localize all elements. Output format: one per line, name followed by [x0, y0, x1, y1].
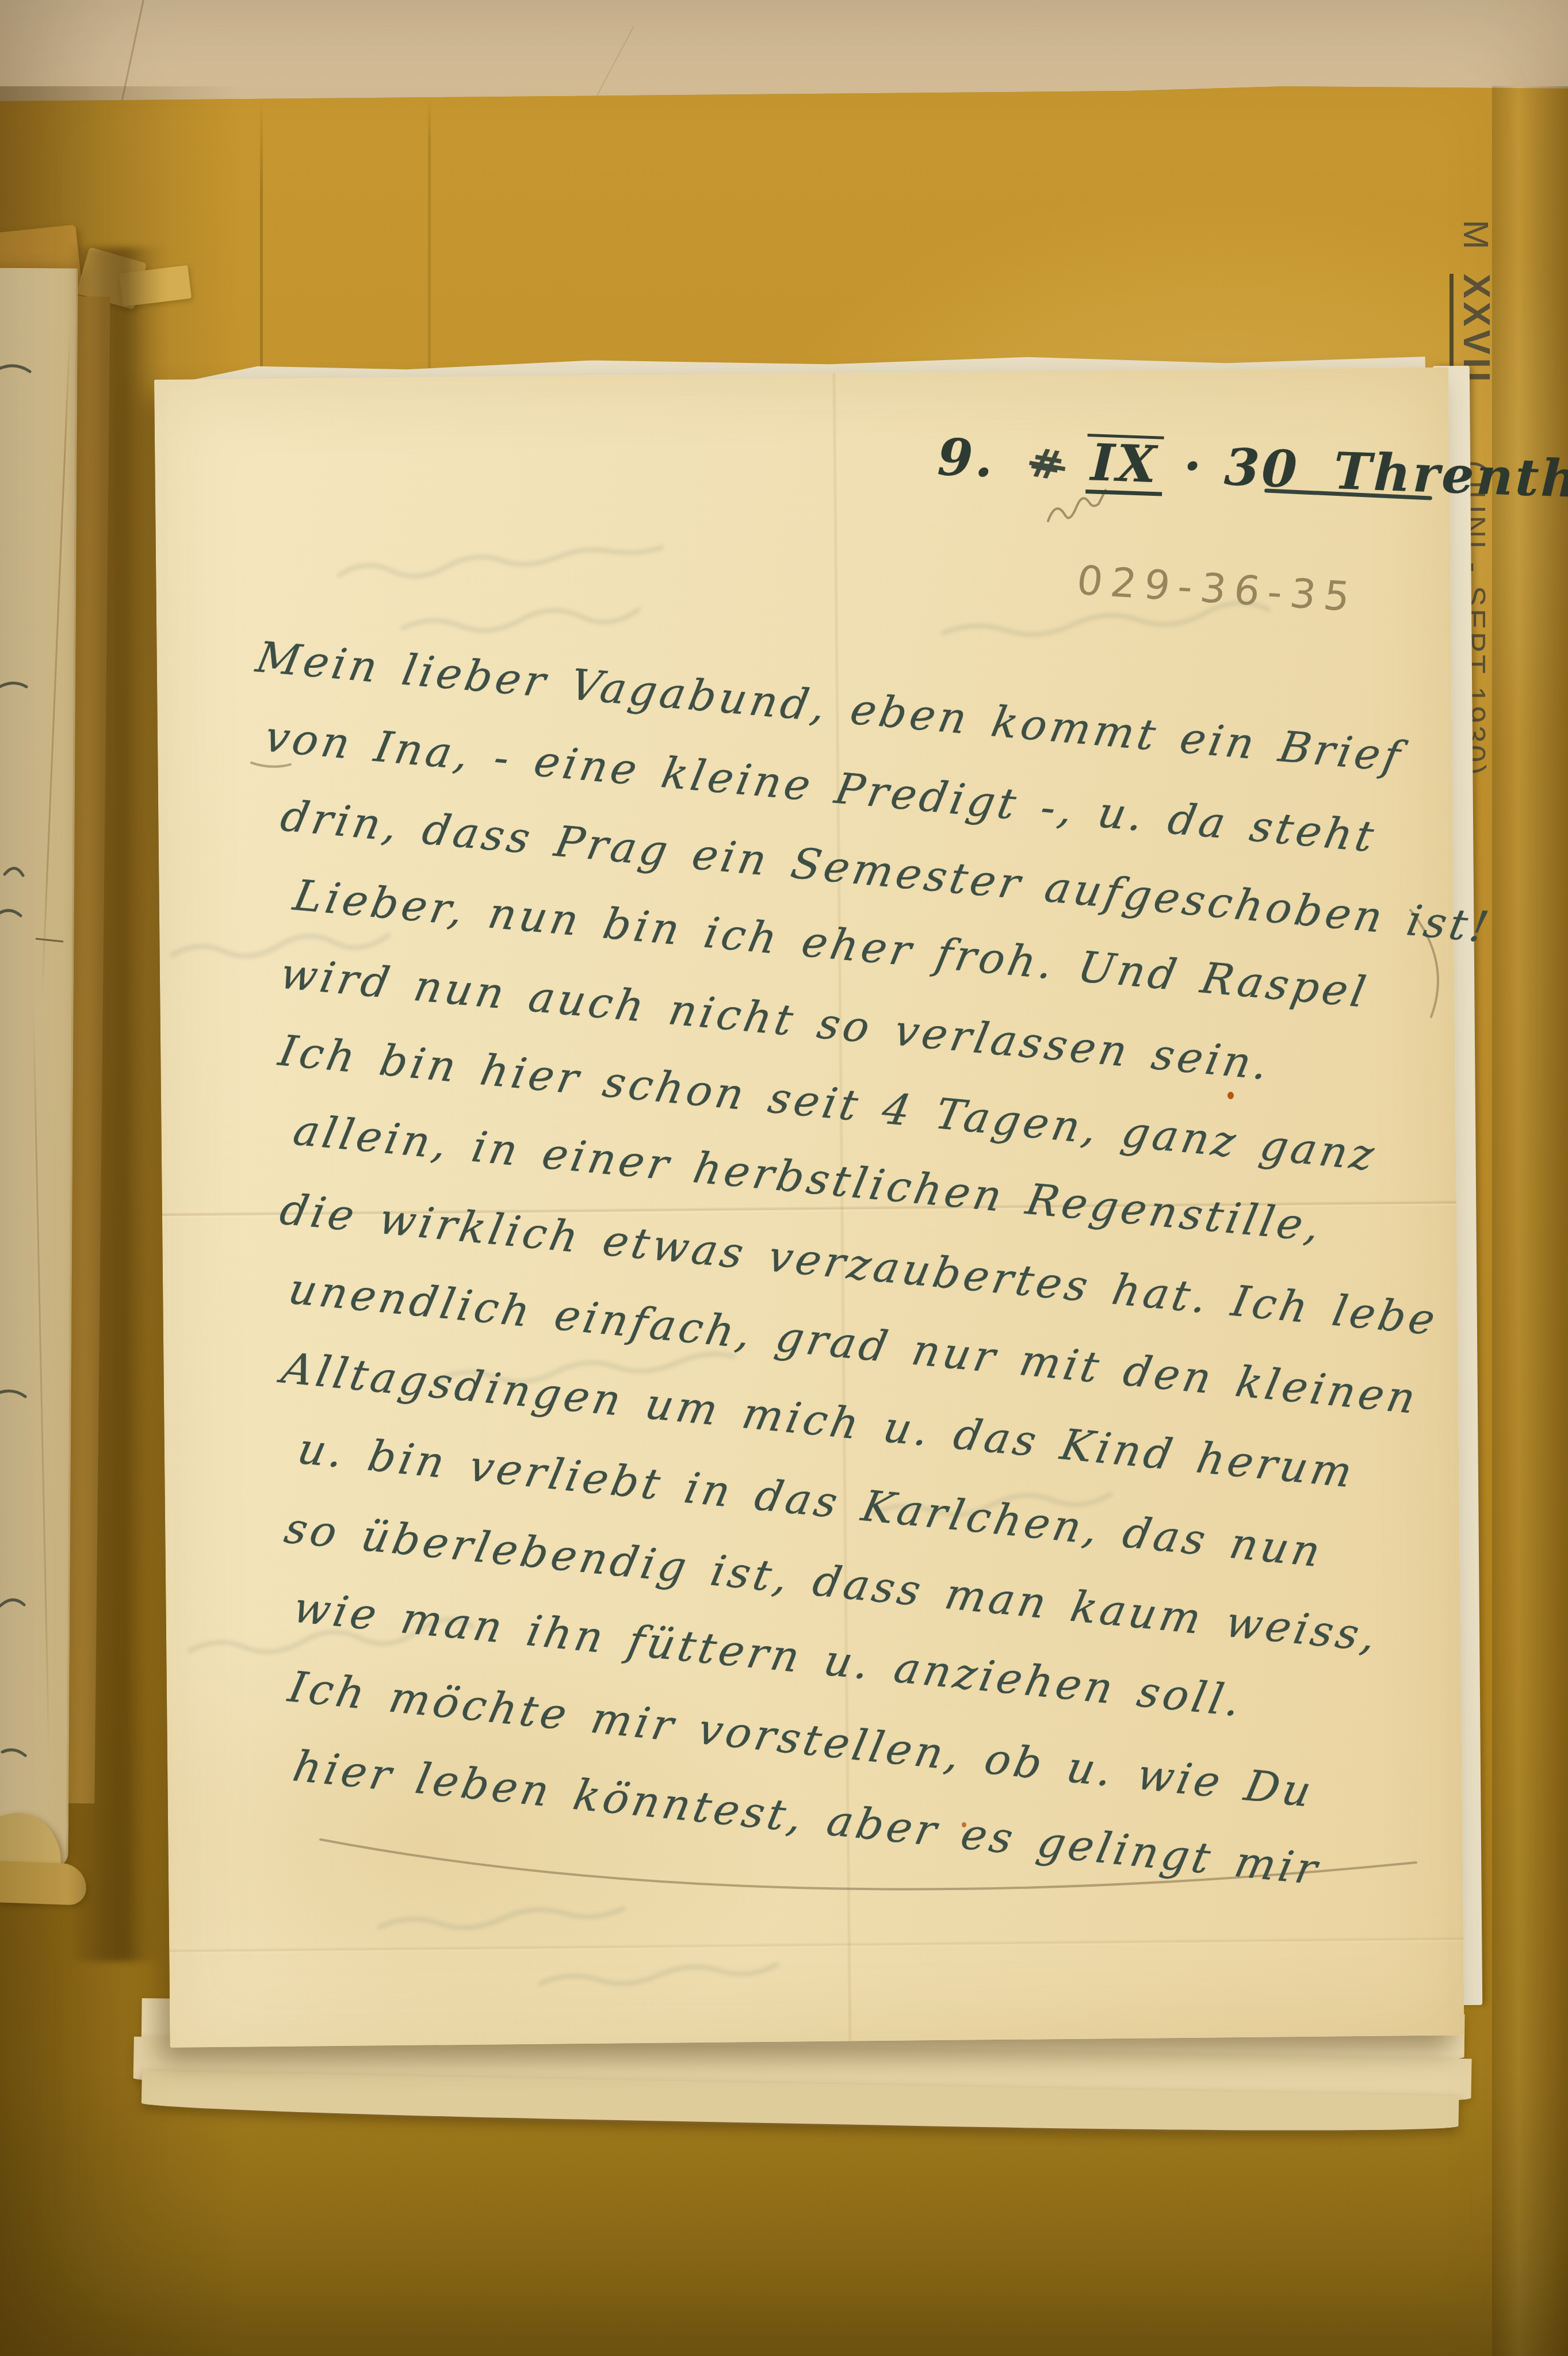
date-month: IX — [1085, 434, 1164, 496]
date-day: 9. — [936, 427, 996, 488]
folder-fold-edge — [1492, 86, 1568, 2356]
folder-label-volume: M — [1456, 220, 1496, 253]
date-separator: · — [1183, 435, 1204, 496]
rust-speck — [1227, 1092, 1234, 1099]
date-place: Threnth — [1333, 441, 1568, 509]
date-struck-mark: # — [1026, 438, 1069, 491]
stack-gap-shadow — [68, 247, 165, 1961]
rust-speck — [962, 1822, 966, 1827]
archive-photo: M XXVII (JUNI - SEPT 1930) — [0, 0, 1568, 2356]
fold-crease-horizontal — [169, 1936, 1463, 1955]
left-stack-cream-sheet — [0, 268, 78, 1879]
